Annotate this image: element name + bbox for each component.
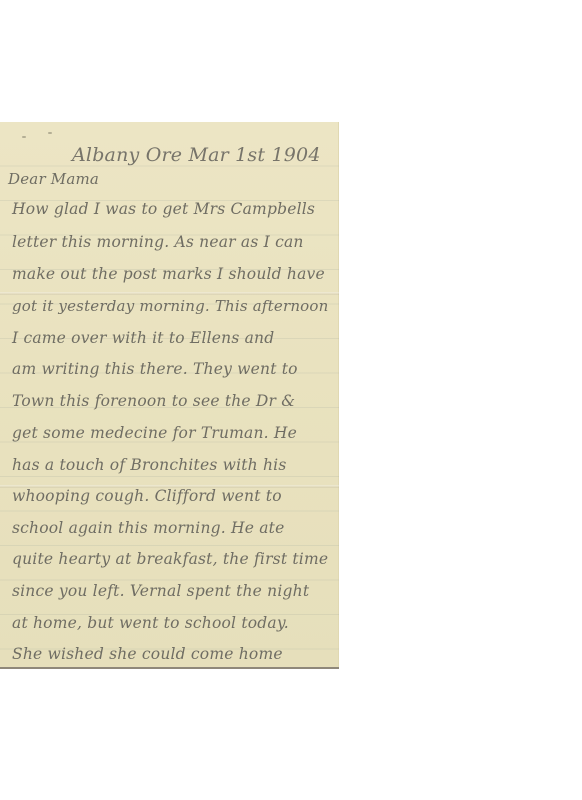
letter-line: school again this morning. He ate <box>12 521 284 537</box>
letter-line: since you left. Vernal spent the night <box>12 584 309 600</box>
letter-line: has a touch of Bronchites with his <box>12 458 286 474</box>
letter-line: got it yesterday morning. This afternoon <box>12 299 329 314</box>
speck <box>22 136 26 138</box>
letter-page: Albany Ore Mar 1st 1904 Dear Mama How gl… <box>0 122 339 669</box>
letter-line: at home, but went to school today. <box>12 616 289 632</box>
letter-line: am writing this there. They went to <box>12 362 298 378</box>
paper-specks <box>20 132 60 142</box>
letter-line: Town this forenoon to see the Dr & <box>12 394 295 410</box>
letter-salutation: Dear Mama <box>8 172 99 187</box>
letter-line: I came over with it to Ellens and <box>12 331 274 347</box>
letter-line: make out the post marks I should have <box>12 267 325 283</box>
letter-line: She wished she could come home <box>12 647 283 663</box>
letter-line: whooping cough. Clifford went to <box>12 489 282 505</box>
speck <box>48 132 52 134</box>
fold-crease <box>0 292 339 295</box>
letter-dateline: Albany Ore Mar 1st 1904 <box>72 146 321 165</box>
letter-line: How glad I was to get Mrs Campbells <box>12 202 315 218</box>
letter-line: quite hearty at breakfast, the first tim… <box>12 552 328 568</box>
letter-line: get some medecine for Truman. He <box>12 426 297 442</box>
letter-line: letter this morning. As near as I can <box>12 235 304 251</box>
